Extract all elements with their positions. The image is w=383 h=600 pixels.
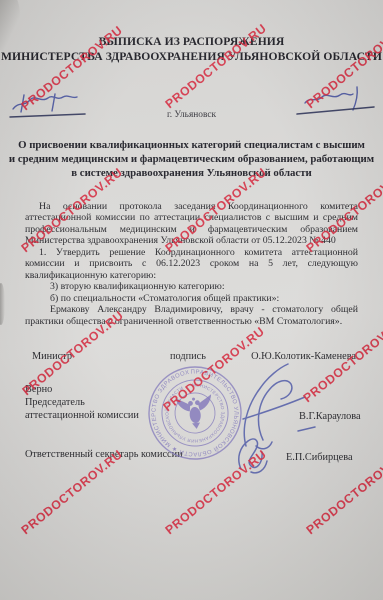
subject-line-2: и средним медицинским и фармацевтическим… bbox=[0, 152, 383, 166]
body-line: 3) вторую квалификационную категорию: bbox=[25, 281, 358, 292]
body-line: профессиональным медицинским и фармацевт… bbox=[25, 224, 358, 235]
photo-edge-shadow bbox=[0, 283, 5, 325]
double-headed-eagle-icon bbox=[175, 394, 214, 431]
document-subject: О присвоении квалификационных категорий … bbox=[0, 138, 383, 180]
secretary-name: Е.П.Сибирцева bbox=[286, 452, 353, 463]
body-line: квалификационную категорию: bbox=[25, 270, 358, 281]
subject-line-3: в системе здравоохранения Ульяновской об… bbox=[0, 166, 383, 180]
certification-block: Верно Председатель аттестационной комисс… bbox=[25, 383, 139, 422]
body-line: б) по специальности «Стоматология общей … bbox=[25, 293, 358, 304]
watermark-text: PRODOCTOROV.RU bbox=[18, 446, 126, 538]
body-line: аттестационной комиссии по аттестации сп… bbox=[25, 212, 358, 223]
document-body: На основании протокола заседания Координ… bbox=[25, 201, 358, 327]
verno-label: Верно bbox=[25, 383, 139, 396]
handwritten-number-mark bbox=[305, 87, 357, 110]
body-line: Министерства здравоохранения Ульяновской… bbox=[25, 235, 358, 246]
title-line-1: ВЫПИСКА ИЗ РАСПОРЯЖЕНИЯ bbox=[0, 35, 383, 50]
chair-label-line-2: аттестационной комиссии bbox=[25, 409, 139, 422]
body-line: Ермакову Александру Владимировичу, врачу… bbox=[25, 304, 358, 315]
body-line: 1. Утвердить решение Координационного ко… bbox=[25, 247, 358, 258]
body-line: На основании протокола заседания Координ… bbox=[25, 201, 358, 212]
official-round-stamp: ПРАВИТЕЛЬСТВО УЛЬЯНОВСКОЙ ОБЛАСТИ ★ МИНИ… bbox=[140, 358, 250, 468]
scanned-document-page: ВЫПИСКА ИЗ РАСПОРЯЖЕНИЯ МИНИСТЕРСТВА ЗДР… bbox=[0, 0, 383, 600]
city-line: г. Ульяновск bbox=[0, 110, 383, 120]
minister-label: Министр bbox=[32, 351, 72, 362]
document-title: ВЫПИСКА ИЗ РАСПОРЯЖЕНИЯ МИНИСТЕРСТВА ЗДР… bbox=[0, 35, 383, 64]
chair-name: В.Г.Караулова bbox=[299, 411, 361, 422]
chair-label-line-1: Председатель bbox=[25, 396, 139, 409]
body-line: комиссии и присвоить с 06.12.2023 сроком… bbox=[25, 258, 358, 269]
subject-line-1: О присвоении квалификационных категорий … bbox=[0, 138, 383, 152]
title-line-2: МИНИСТЕРСТВА ЗДРАВООХРАНЕНИЯ УЛЬЯНОВСКОЙ… bbox=[0, 50, 383, 65]
minister-name: О.Ю.Колотик-Каменева bbox=[251, 351, 356, 362]
body-line: практики общества с ограниченной ответст… bbox=[25, 316, 358, 327]
chair-signature bbox=[243, 364, 315, 449]
